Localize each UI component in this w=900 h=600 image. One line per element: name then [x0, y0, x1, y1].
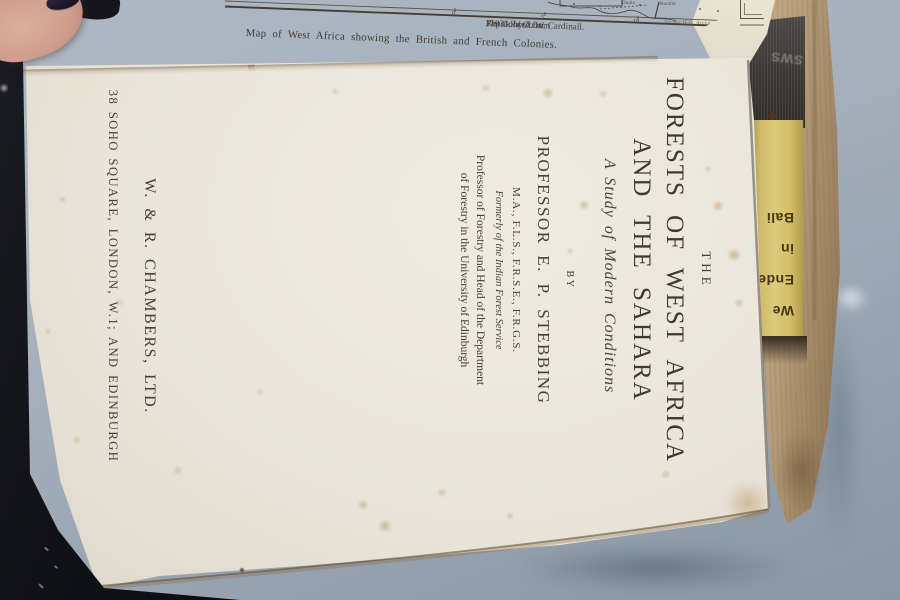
publisher-name: W. & R. CHAMBERS, LTD.	[140, 96, 158, 496]
fabric-stitch-speck	[54, 565, 58, 569]
book-title-line-1: FORESTS OF WEST AFRICA	[660, 70, 688, 470]
fabric-stitch-speck	[38, 583, 44, 589]
by-line: BY	[564, 80, 575, 480]
photo-scene: SWS We Ende in Bali	[0, 0, 900, 600]
fabric-stitch-speck	[44, 547, 49, 552]
publisher-address: 38 SOHO SQUARE, LONDON, W.1; AND EDINBUR…	[105, 76, 120, 476]
thumb-holding-page	[0, 0, 130, 80]
thumb	[0, 0, 92, 71]
title-page-text-rotated: THE FORESTS OF WEST AFRICA AND THE SAHAR…	[30, 70, 760, 565]
author-position-line-1: Professor of Forestry and Head of the De…	[474, 70, 486, 470]
author-credentials: M.A., F.L.S., F.R.S.E., F.R.G.S.	[510, 70, 522, 470]
fabric-highlight-spot	[0, 82, 8, 94]
half-title: THE	[698, 70, 714, 470]
longitude-tick: 10	[633, 19, 639, 25]
author-service-note: Formerly of the Indian Forest Service	[493, 70, 504, 470]
book-subtitle: A Study of Modern Conditions	[600, 76, 618, 476]
map-place-label: Bundia	[660, 2, 676, 7]
book-title-line-2: AND THE SAHARA	[627, 70, 655, 470]
map-place-label: Duala	[622, 1, 635, 6]
author-position-line-2: of Forestry in the University of Edinbur…	[458, 70, 470, 470]
longitude-tick: 0	[452, 11, 455, 17]
author-name: PROFESSOR E. P. STEBBING	[533, 70, 553, 470]
